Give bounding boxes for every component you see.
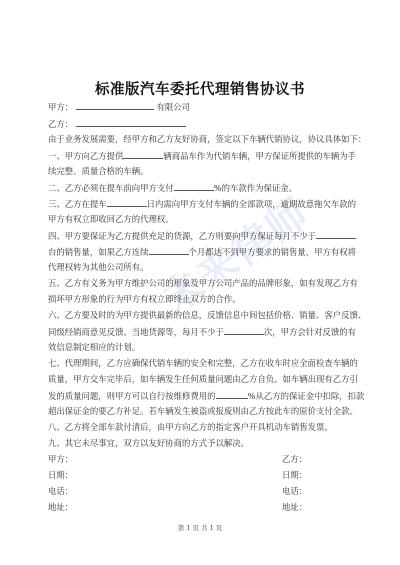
clause-3-line-1: 三、乙方在提车日内需向甲方支付车辆的全部款项，逾期故意拖欠车款的 (48, 198, 354, 210)
clause-4-line-1: 四、甲方要保证为乙方提供充足的货源，乙方则要向甲方保证每月不少于 (48, 230, 354, 242)
clause-2: 二、乙方必须在提车前向甲方支付%的车款作为保证金。 (48, 182, 354, 194)
clause-6-line-2: 同级经销商意见反馈、当地货源等，每月不少于次，甲方会针对反馈的有 (48, 326, 354, 338)
sig-phone-a: 电话： (48, 485, 73, 497)
clause-3-line-2: 甲方有权立即收回乙方的代理权。 (48, 214, 354, 225)
party-a-line: 甲方： 有限公司 (48, 101, 354, 113)
clause-7-line-3: 发的质量问题，则甲方可以自行按维修费用的%从乙方的保证金中扣除，扣款 (48, 390, 354, 402)
document-page: 未来律师 标准版汽车委托代理销售协议书 甲方： 有限公司 乙方： 由于业务发展需… (0, 0, 400, 565)
clause-6-line-1: 六、乙方要及时的为甲方提供最新的信息，反馈信息中间包括价格、销量、客户反馈、 (48, 310, 354, 321)
clause-1-line-1: 一、甲方向乙方提供辆商品车作为代销车辆，甲方保证所提供的车辆为手 (48, 150, 354, 162)
intro-paragraph: 由于业务发展需要，经甲方和乙方友好协商，签定以下车辆代销协议，协议具体如下： (48, 134, 354, 145)
party-a-blank[interactable] (76, 101, 154, 110)
clause-4-line-3: 代理权转为其他公司所有。 (48, 262, 354, 273)
clause-8: 八、乙方将全部车款付清后，由甲方向乙方的指定客户开具机动车销售发票。 (48, 422, 354, 433)
clause-5-line-1: 五、乙方有义务为甲方维护公司的形象及甲方公司产品的品牌形象，如有发现乙方有 (48, 278, 354, 289)
party-b-blank[interactable] (76, 118, 186, 127)
sig-party-a: 甲方： (48, 453, 73, 465)
clause-1-line-2: 续完整、质量合格的车辆。 (48, 166, 354, 177)
months-blank[interactable] (149, 246, 189, 255)
document-title: 标准版汽车委托代理销售协议书 (0, 78, 400, 99)
sig-date-b: 日期： (282, 469, 307, 481)
repair-percent-blank[interactable] (216, 390, 248, 399)
feedback-count-blank[interactable] (224, 326, 264, 335)
clause-7-line-2: 质量，甲方交车完毕后，如车辆发生任何质量问题由乙方自负。如车辆出现有乙方引 (48, 374, 354, 385)
clause-7-line-4: 超出保证金的要乙方补足。若车辆发生被盗或报废则由乙方按此车的原价支付全款。 (48, 406, 354, 417)
clause-9: 九、其它未尽事宜，双方以友好协商的方式予以解决。 (48, 438, 354, 449)
sig-phone-b: 电话： (282, 485, 307, 497)
clause-5-line-2: 损坏甲方形象的行为甲方有权立即终止双方的合作。 (48, 294, 354, 305)
vehicle-count-blank[interactable] (123, 150, 163, 159)
clause-4-line-2: 台的销售量，如果乙方连续个月都达不到甲方要求的销售量，甲方有权将 (48, 246, 354, 258)
monthly-sales-blank[interactable] (316, 230, 356, 239)
clause-6-line-3: 效信息制定相应的计划。 (48, 342, 354, 353)
sig-date-a: 日期： (48, 469, 73, 481)
payment-days-blank[interactable] (107, 198, 147, 207)
sig-party-b: 乙方： (282, 453, 307, 465)
sig-address-a: 地址： (48, 501, 73, 513)
sig-address-b: 地址： (282, 501, 307, 513)
clause-7-line-1: 七、代理期间，乙方应确保代销车辆的安全和完整，乙方在收车时应全面检查车辆的 (48, 358, 354, 369)
party-b-line: 乙方： (48, 118, 354, 130)
deposit-percent-blank[interactable] (174, 182, 214, 191)
page-footer: 第 1 页 共 1 页 (0, 523, 400, 532)
